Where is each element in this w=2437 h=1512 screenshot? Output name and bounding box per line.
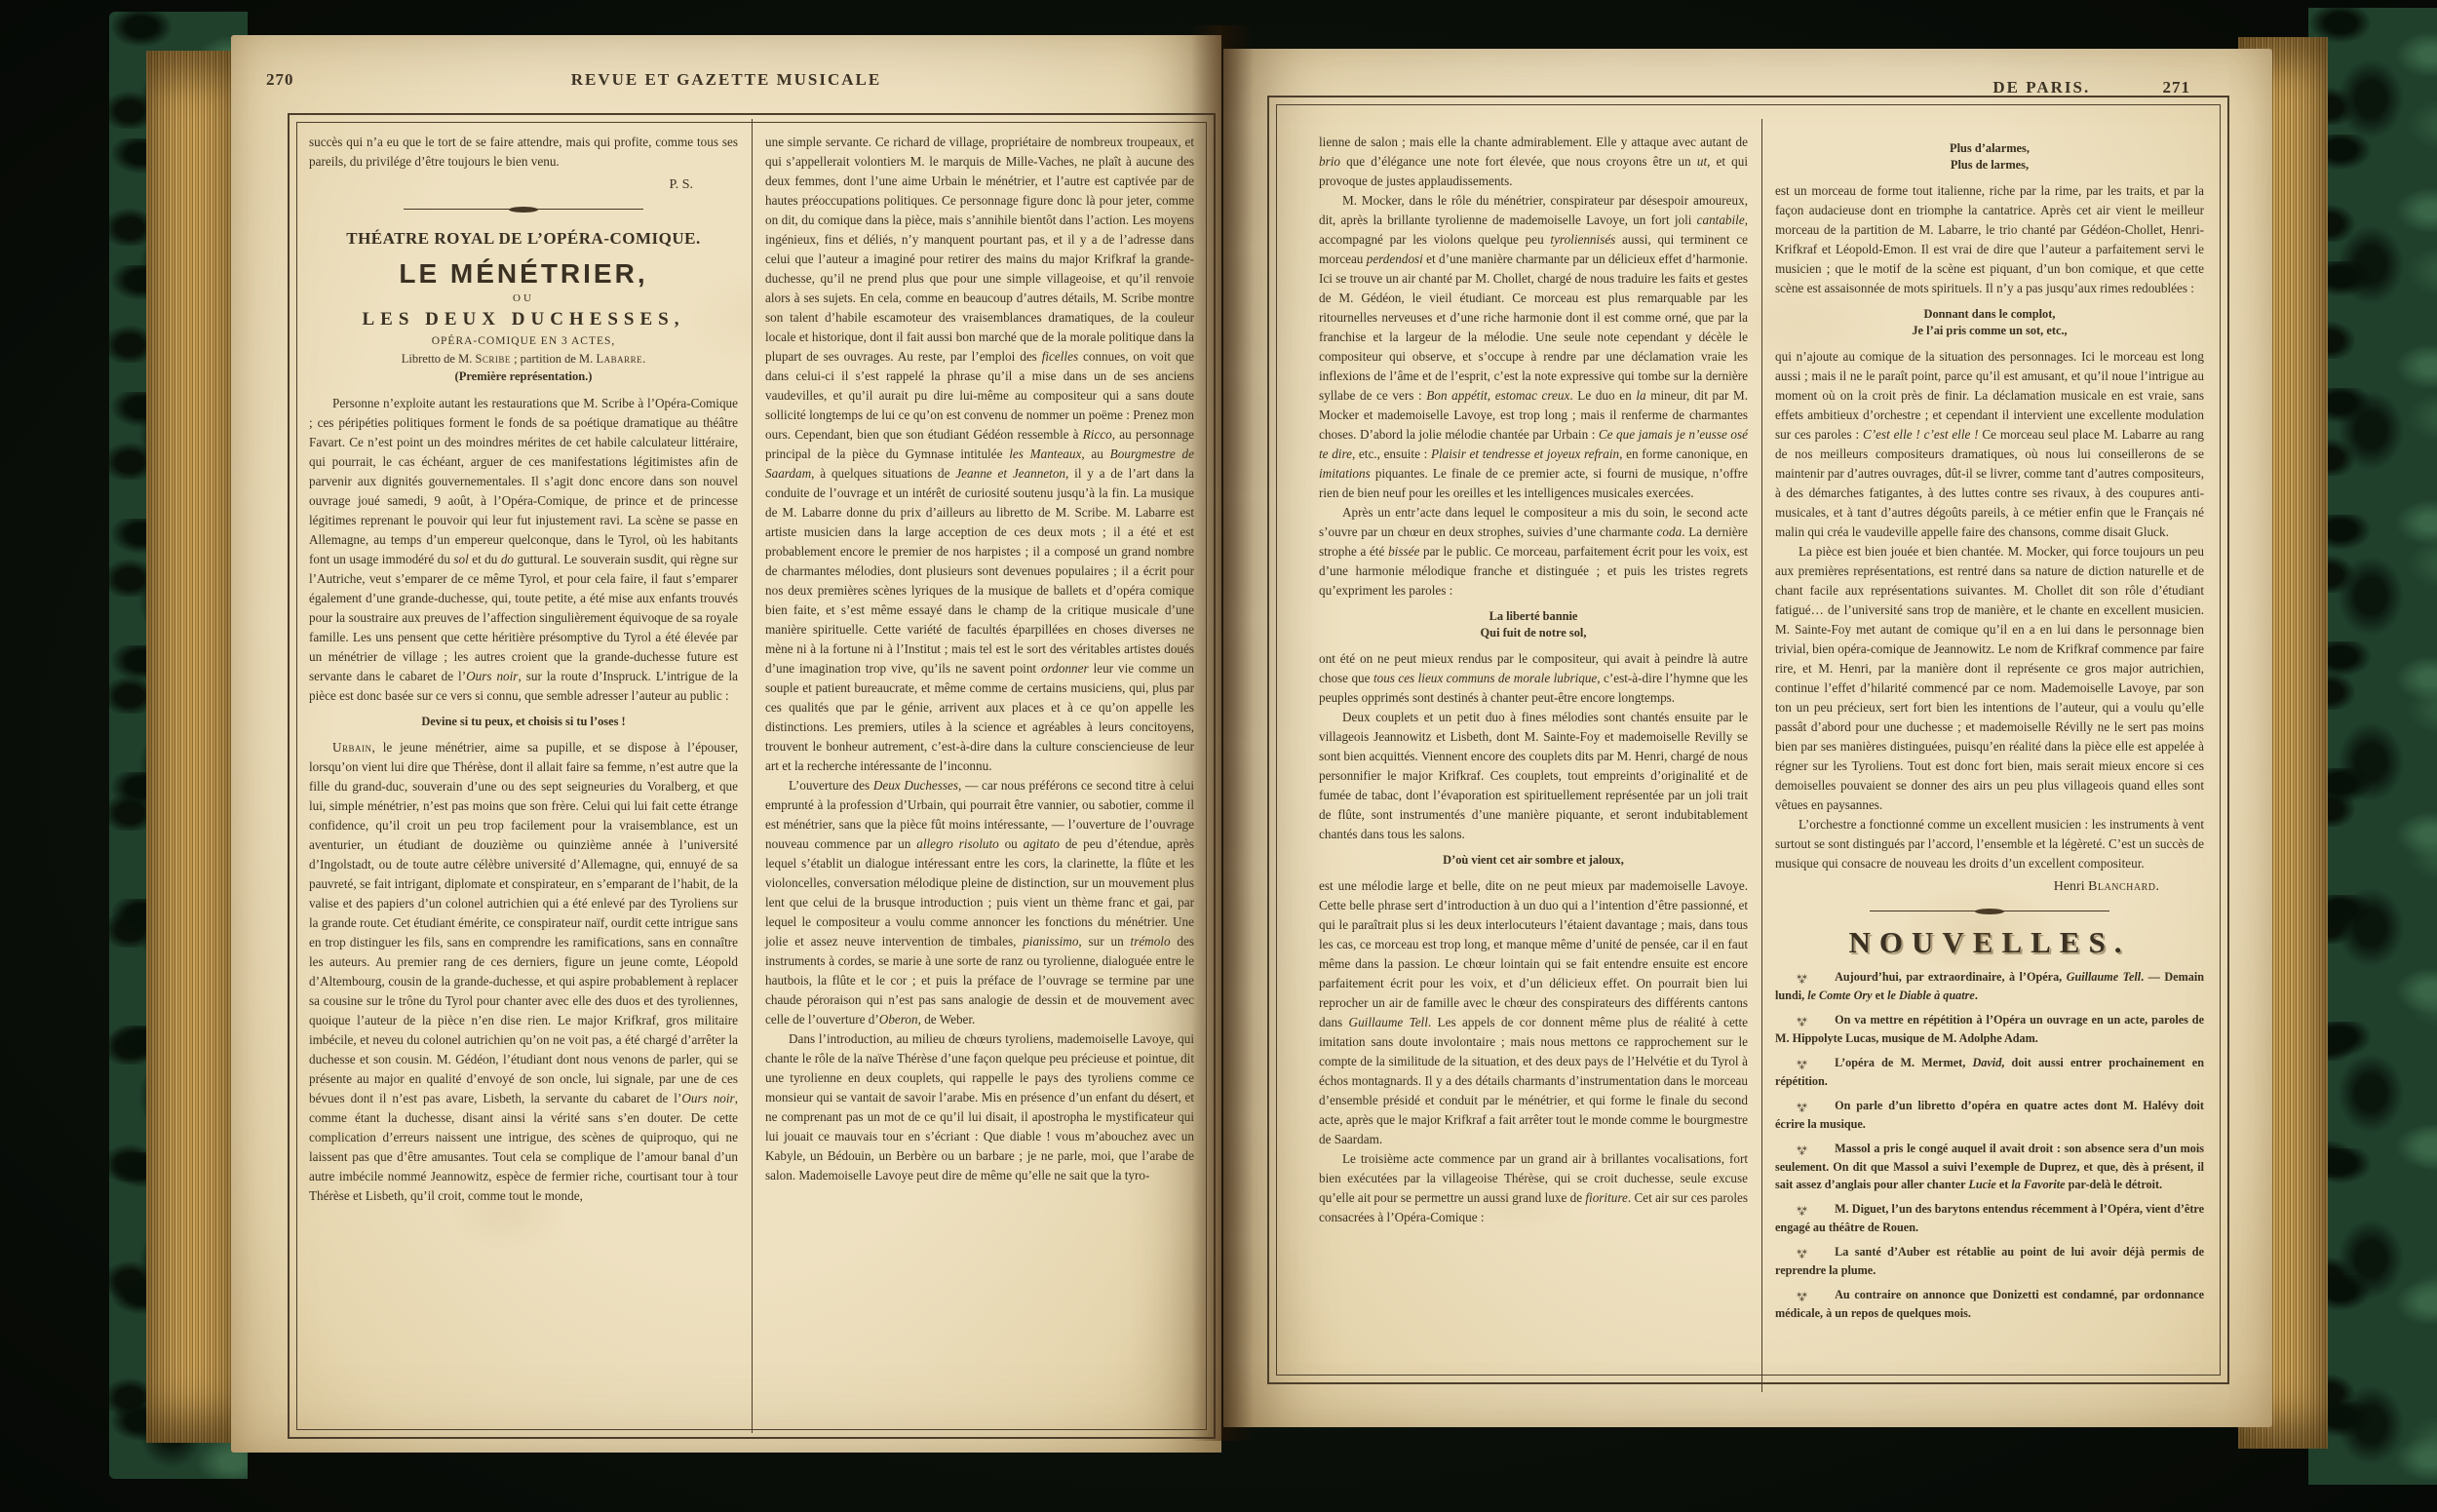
paragraph: ont été on ne peut mieux rendus par le c… <box>1319 649 1748 708</box>
paragraph: est une mélodie large et belle, dite on … <box>1319 876 1748 1149</box>
verse-line: Donnant dans le complot, <box>1775 306 2204 323</box>
paragraph: une simple servante. Ce richard de villa… <box>765 133 1194 776</box>
asterism-icon: ⁂ <box>1797 1244 1829 1261</box>
paragraph: Personne n’exploite autant les restaurat… <box>309 394 738 706</box>
news-item: ⁂ L’opéra de M. Mermet, David, doit auss… <box>1775 1054 2204 1090</box>
asterism-icon: ⁂ <box>1797 1012 1829 1029</box>
news-item: ⁂ Aujourd’hui, par extraordinaire, à l’O… <box>1775 968 2204 1004</box>
asterism-icon: ⁂ <box>1797 1287 1829 1304</box>
paragraph: Le troisième acte commence par un grand … <box>1319 1149 1748 1227</box>
column-271-1: lienne de salon ; mais elle la chante ad… <box>1305 133 1761 1378</box>
paragraph: La pièce est bien jouée et bien chantée.… <box>1775 542 2204 815</box>
heading: (Première représentation.) <box>309 369 738 384</box>
columns-left-page: succès qui n’a eu que le tort de se fair… <box>295 133 1208 1419</box>
page-stack-edge-left <box>146 51 240 1443</box>
paragraph: lienne de salon ; mais elle la chante ad… <box>1319 133 1748 191</box>
asterism-icon: ⁂ <box>1797 1201 1829 1219</box>
heading: LES DEUX DUCHESSES, <box>309 309 738 330</box>
signature: Henri Blanchard. <box>1775 879 2204 895</box>
paragraph: Après un entr’acte dans lequel le compos… <box>1319 503 1748 601</box>
heading: OPÉRA-COMIQUE EN 3 ACTES, <box>309 335 738 347</box>
verse-quotation: Donnant dans le complot,Je l’ai pris com… <box>1775 306 2204 339</box>
paragraph: est un morceau de forme tout italienne, … <box>1775 181 2204 298</box>
swelled-rule-ornament <box>404 205 643 213</box>
news-item: ⁂ On parle d’un libretto d’opéra en quat… <box>1775 1097 2204 1133</box>
verse-line: Je l’ai pris comme un sot, etc., <box>1775 323 2204 339</box>
paragraph: succès qui n’a eu que le tort de se fair… <box>309 133 738 172</box>
heading: NOUVELLES. <box>1775 925 2204 960</box>
asterism-icon: ⁂ <box>1797 1055 1829 1072</box>
heading: THÉATRE ROYAL DE L’OPÉRA-COMIQUE. <box>309 229 738 249</box>
heading: Libretto de M. Scribe ; partition de M. … <box>309 352 738 367</box>
verse-quotation: La liberté bannieQui fuit de notre sol, <box>1319 608 1748 641</box>
news-item: ⁂ Massol a pris le congé auquel il avait… <box>1775 1140 2204 1193</box>
heading: LE MÉNÉTRIER, <box>309 258 738 290</box>
running-head-right: DE PARIS. <box>1811 78 2272 97</box>
columns-right-page: lienne de salon ; mais elle la chante ad… <box>1305 133 2218 1378</box>
verse-line: Plus de larmes, <box>1775 157 2204 174</box>
paragraph: qui n’ajoute au comique de la situation … <box>1775 347 2204 542</box>
verse-line: Plus d’alarmes, <box>1775 140 2204 157</box>
news-item: ⁂ On va mettre en répétition à l’Opéra u… <box>1775 1011 2204 1047</box>
paragraph: Deux couplets et un petit duo à fines mé… <box>1319 708 1748 844</box>
verse-line: D’où vient cet air sombre et jaloux, <box>1319 852 1748 869</box>
signature: P. S. <box>309 177 738 193</box>
news-item: ⁂ Au contraire on annonce que Donizetti … <box>1775 1286 2204 1322</box>
heading: OU <box>309 292 738 304</box>
news-item: ⁂ M. Diguet, l’un des barytons entendus … <box>1775 1200 2204 1236</box>
paragraph: L’orchestre a fonctionné comme un excell… <box>1775 815 2204 873</box>
paragraph: Dans l’introduction, au milieu de chœurs… <box>765 1029 1194 1185</box>
photographed-book-spread: { "colors":{"paper":"#e9dcbd","ink":"#3a… <box>0 0 2437 1512</box>
right-page: 271 DE PARIS. lienne de salon ; mais ell… <box>1223 49 2272 1427</box>
paragraph: M. Mocker, dans le rôle du ménétrier, co… <box>1319 191 1748 503</box>
paragraph: Urbain, le jeune ménétrier, aime sa pupi… <box>309 738 738 1206</box>
verse-line: Devine si tu peux, et choisis si tu l’os… <box>309 714 738 730</box>
verse-line: Qui fuit de notre sol, <box>1319 625 1748 641</box>
running-head-left: REVUE ET GAZETTE MUSICALE <box>231 70 1221 90</box>
verse-quotation: Devine si tu peux, et choisis si tu l’os… <box>309 714 738 730</box>
verse-quotation: Plus d’alarmes,Plus de larmes, <box>1775 140 2204 174</box>
column-271-2: Plus d’alarmes,Plus de larmes,est un mor… <box>1761 133 2218 1378</box>
paragraph: L’ouverture des Deux Duchesses, — car no… <box>765 776 1194 1029</box>
column-270-2: une simple servante. Ce richard de villa… <box>752 133 1208 1419</box>
asterism-icon: ⁂ <box>1797 969 1829 987</box>
column-270-1: succès qui n’a eu que le tort de se fair… <box>295 133 752 1419</box>
verse-quotation: D’où vient cet air sombre et jaloux, <box>1319 852 1748 869</box>
left-page: 270 REVUE ET GAZETTE MUSICALE succès qui… <box>231 35 1221 1453</box>
news-item: ⁂ La santé d’Auber est rétablie au point… <box>1775 1243 2204 1279</box>
swelled-rule-ornament <box>1870 907 2109 915</box>
asterism-icon: ⁂ <box>1797 1098 1829 1115</box>
verse-line: La liberté bannie <box>1319 608 1748 625</box>
asterism-icon: ⁂ <box>1797 1141 1829 1158</box>
